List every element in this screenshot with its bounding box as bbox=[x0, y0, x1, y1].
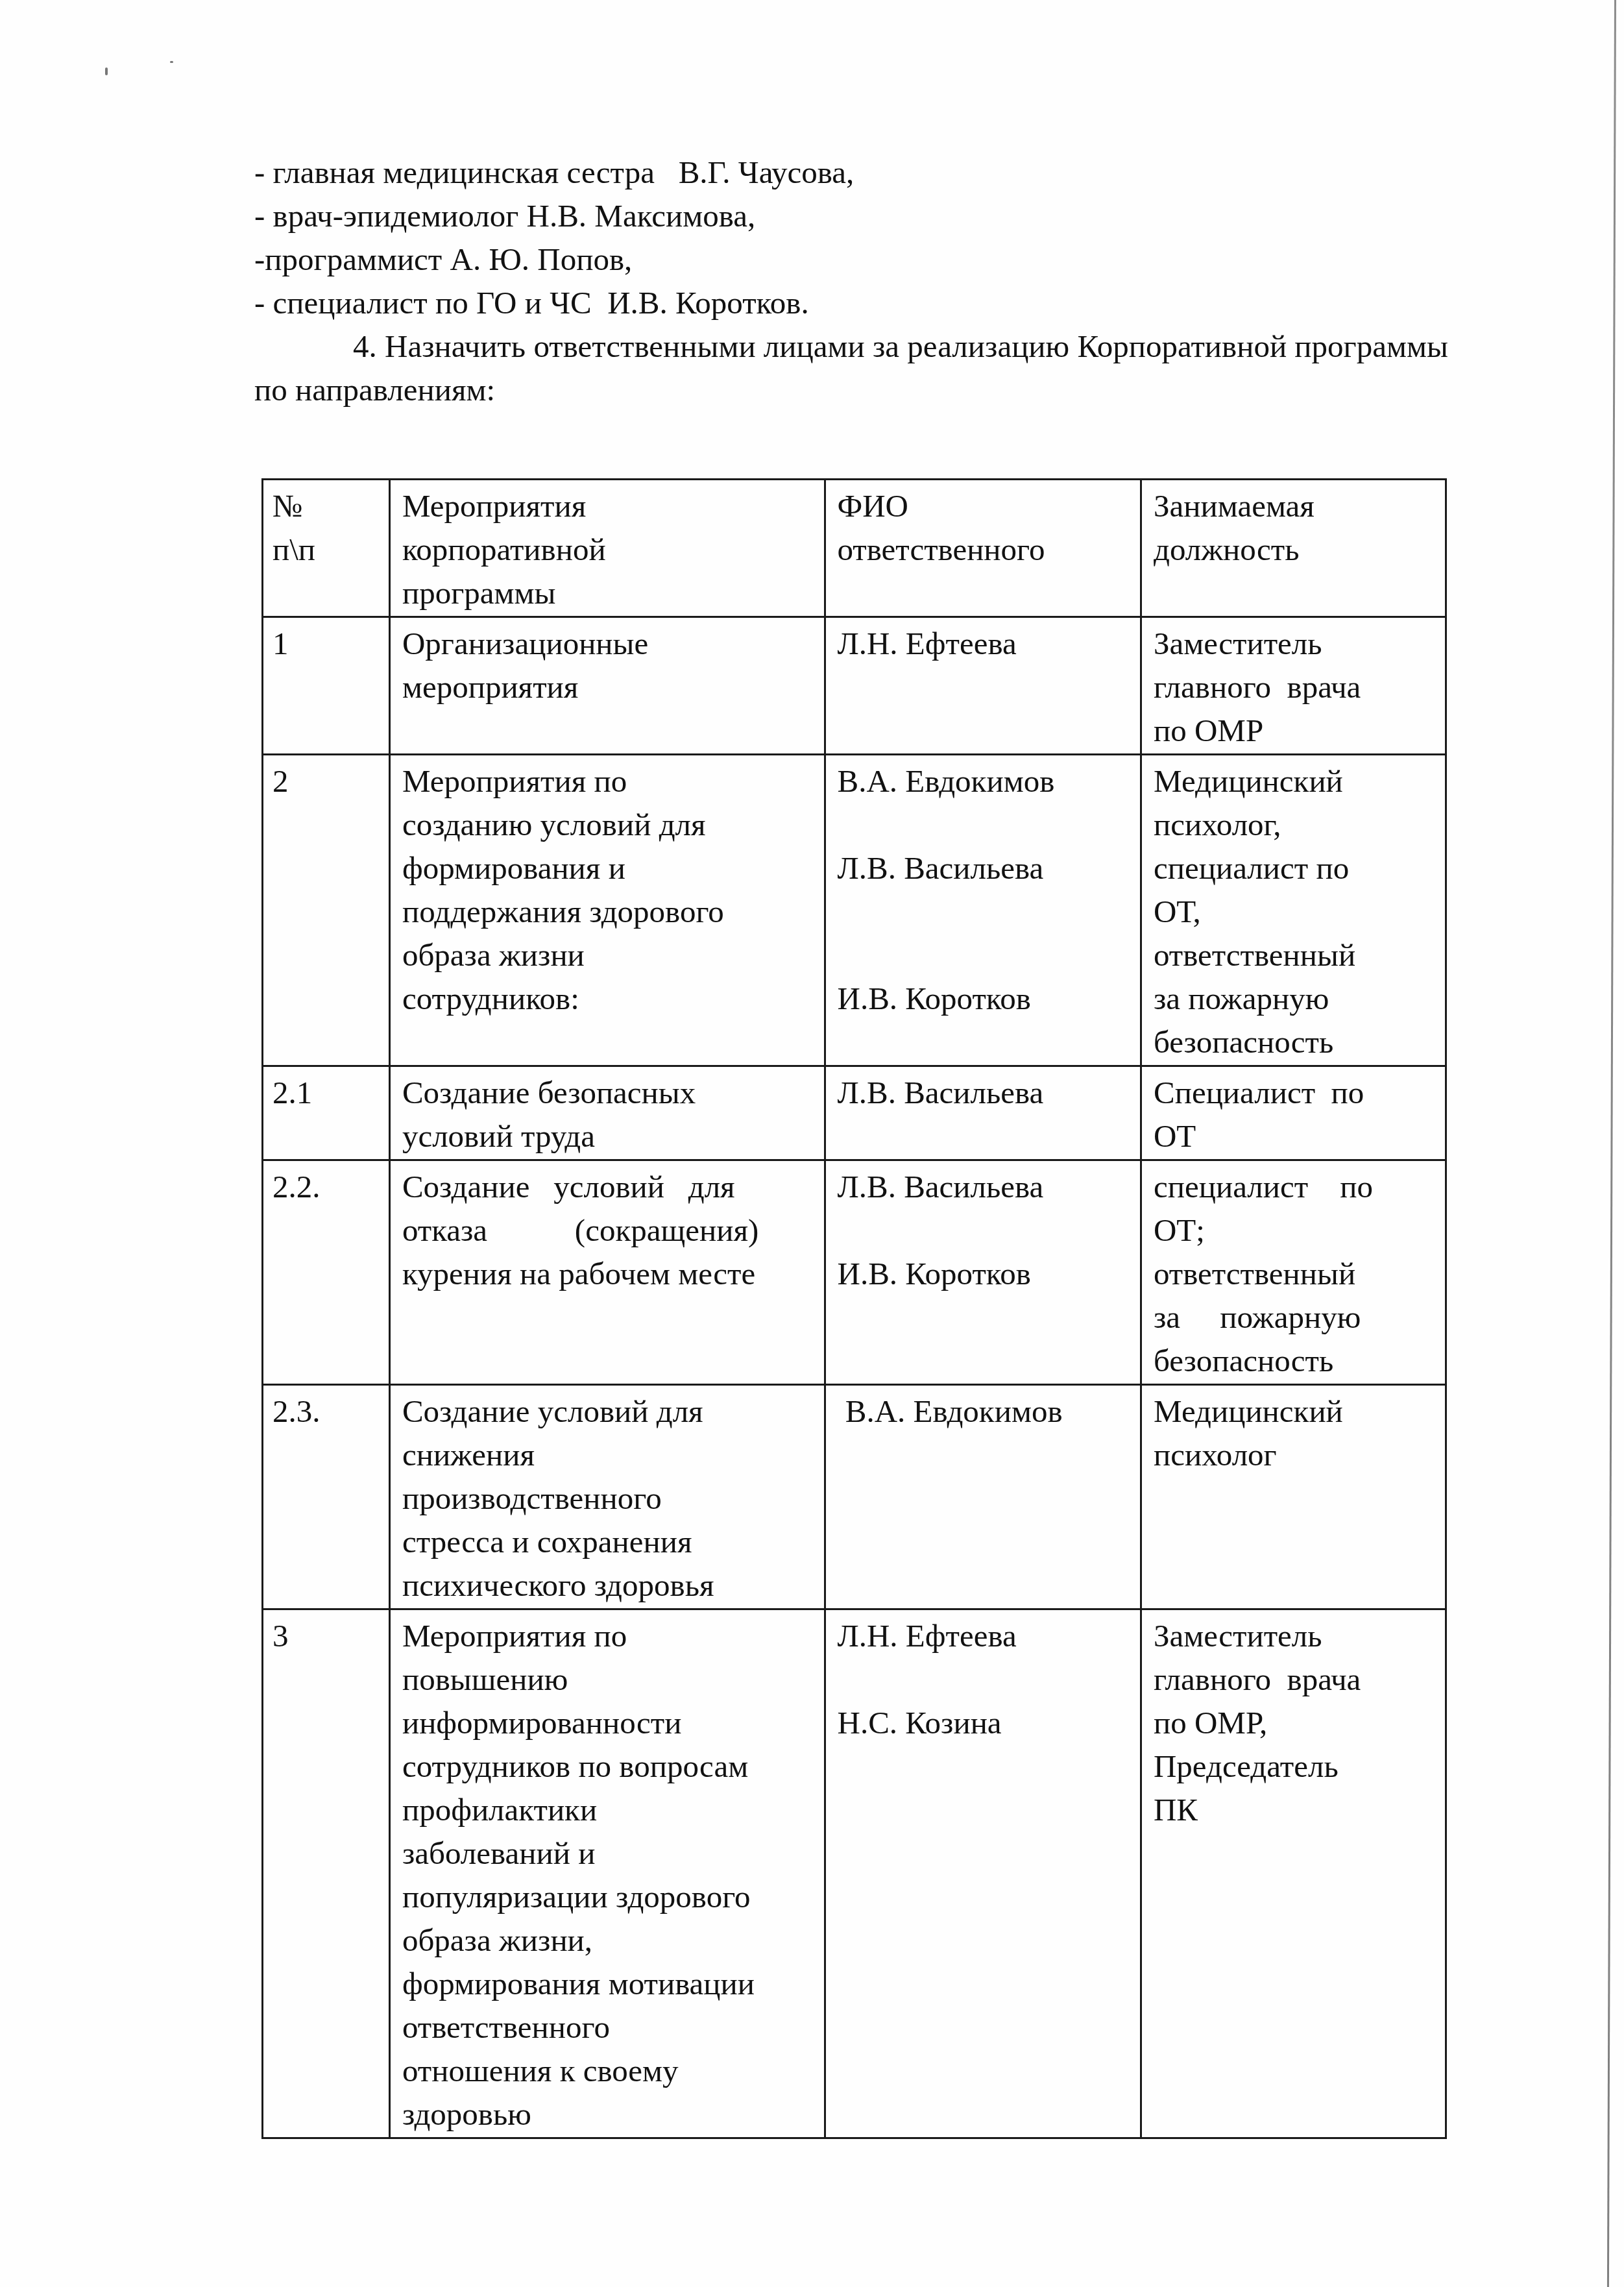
event-cell: Создание условий длясниженияпроизводстве… bbox=[389, 1385, 825, 1609]
row-number: 2.2. bbox=[263, 1160, 390, 1385]
header-position: Занимаемая должность bbox=[1141, 480, 1446, 617]
responsibility-table: № п\п Мероприятия корпоративной программ… bbox=[261, 478, 1447, 2139]
table-row: 3Мероприятия поповышениюинформированност… bbox=[263, 1609, 1446, 2138]
row-number: 1 bbox=[263, 617, 390, 755]
event-cell: Создание условий дляотказа (сокращения)к… bbox=[389, 1160, 825, 1385]
responsible-cell: В.А. Евдокимов Л.В. Васильева И.В. Корот… bbox=[825, 755, 1141, 1066]
header-responsible: ФИО ответственного bbox=[825, 480, 1141, 617]
position-cell: специалист поОТ;ответственныйза пожарную… bbox=[1141, 1160, 1446, 1385]
table-row: 1ОрганизационныемероприятияЛ.Н. ЕфтееваЗ… bbox=[263, 617, 1446, 755]
intro-line: -программист А. Ю. Попов, bbox=[254, 238, 1474, 281]
item-4-paragraph: 4. Назначить ответственными лицами за ре… bbox=[254, 324, 1474, 411]
position-cell: Специалист поОТ bbox=[1141, 1066, 1446, 1160]
scan-page-edge bbox=[1607, 0, 1616, 2287]
row-number: 2 bbox=[263, 755, 390, 1066]
row-number: 2.1 bbox=[263, 1066, 390, 1160]
responsible-cell: Л.Н. Ефтеева bbox=[825, 617, 1141, 755]
scan-speck bbox=[105, 67, 108, 75]
header-event: Мероприятия корпоративной программы bbox=[389, 480, 825, 617]
intro-line: - врач-эпидемиолог Н.В. Максимова, bbox=[254, 194, 1474, 238]
responsible-cell: Л.Н. Ефтеева Н.С. Козина bbox=[825, 1609, 1141, 2138]
position-cell: Медицинскийпсихолог,специалист поОТ,отве… bbox=[1141, 755, 1446, 1066]
table-row: 2.2.Создание условий дляотказа (сокращен… bbox=[263, 1160, 1446, 1385]
event-cell: Организационныемероприятия bbox=[389, 617, 825, 755]
position-cell: Заместительглавного врачапо ОМР,Председа… bbox=[1141, 1609, 1446, 2138]
intro-line: - главная медицинская сестра В.Г. Чаусов… bbox=[254, 151, 1474, 194]
scan-speck bbox=[170, 61, 173, 63]
scanned-document-page: - главная медицинская сестра В.Г. Чаусов… bbox=[0, 0, 1624, 2287]
header-num: № п\п bbox=[263, 480, 390, 617]
table-row: 2.1Создание безопасныхусловий трудаЛ.В. … bbox=[263, 1066, 1446, 1160]
event-cell: Создание безопасныхусловий труда bbox=[389, 1066, 825, 1160]
event-cell: Мероприятия поповышениюинформированности… bbox=[389, 1609, 825, 2138]
position-cell: Медицинскийпсихолог bbox=[1141, 1385, 1446, 1609]
table-row: 2.3.Создание условий длясниженияпроизвод… bbox=[263, 1385, 1446, 1609]
position-cell: Заместительглавного врачапо ОМР bbox=[1141, 617, 1446, 755]
responsible-cell: В.А. Евдокимов bbox=[825, 1385, 1141, 1609]
responsible-cell: Л.В. Васильева И.В. Коротков bbox=[825, 1160, 1141, 1385]
intro-line: - специалист по ГО и ЧС И.В. Коротков. bbox=[254, 281, 1474, 324]
intro-section: - главная медицинская сестра В.Г. Чаусов… bbox=[254, 151, 1474, 411]
responsible-cell: Л.В. Васильева bbox=[825, 1066, 1141, 1160]
table-row: 2Мероприятия посозданию условий дляформи… bbox=[263, 755, 1446, 1066]
row-number: 3 bbox=[263, 1609, 390, 2138]
event-cell: Мероприятия посозданию условий дляформир… bbox=[389, 755, 825, 1066]
table-header-row: № п\п Мероприятия корпоративной программ… bbox=[263, 480, 1446, 617]
row-number: 2.3. bbox=[263, 1385, 390, 1609]
